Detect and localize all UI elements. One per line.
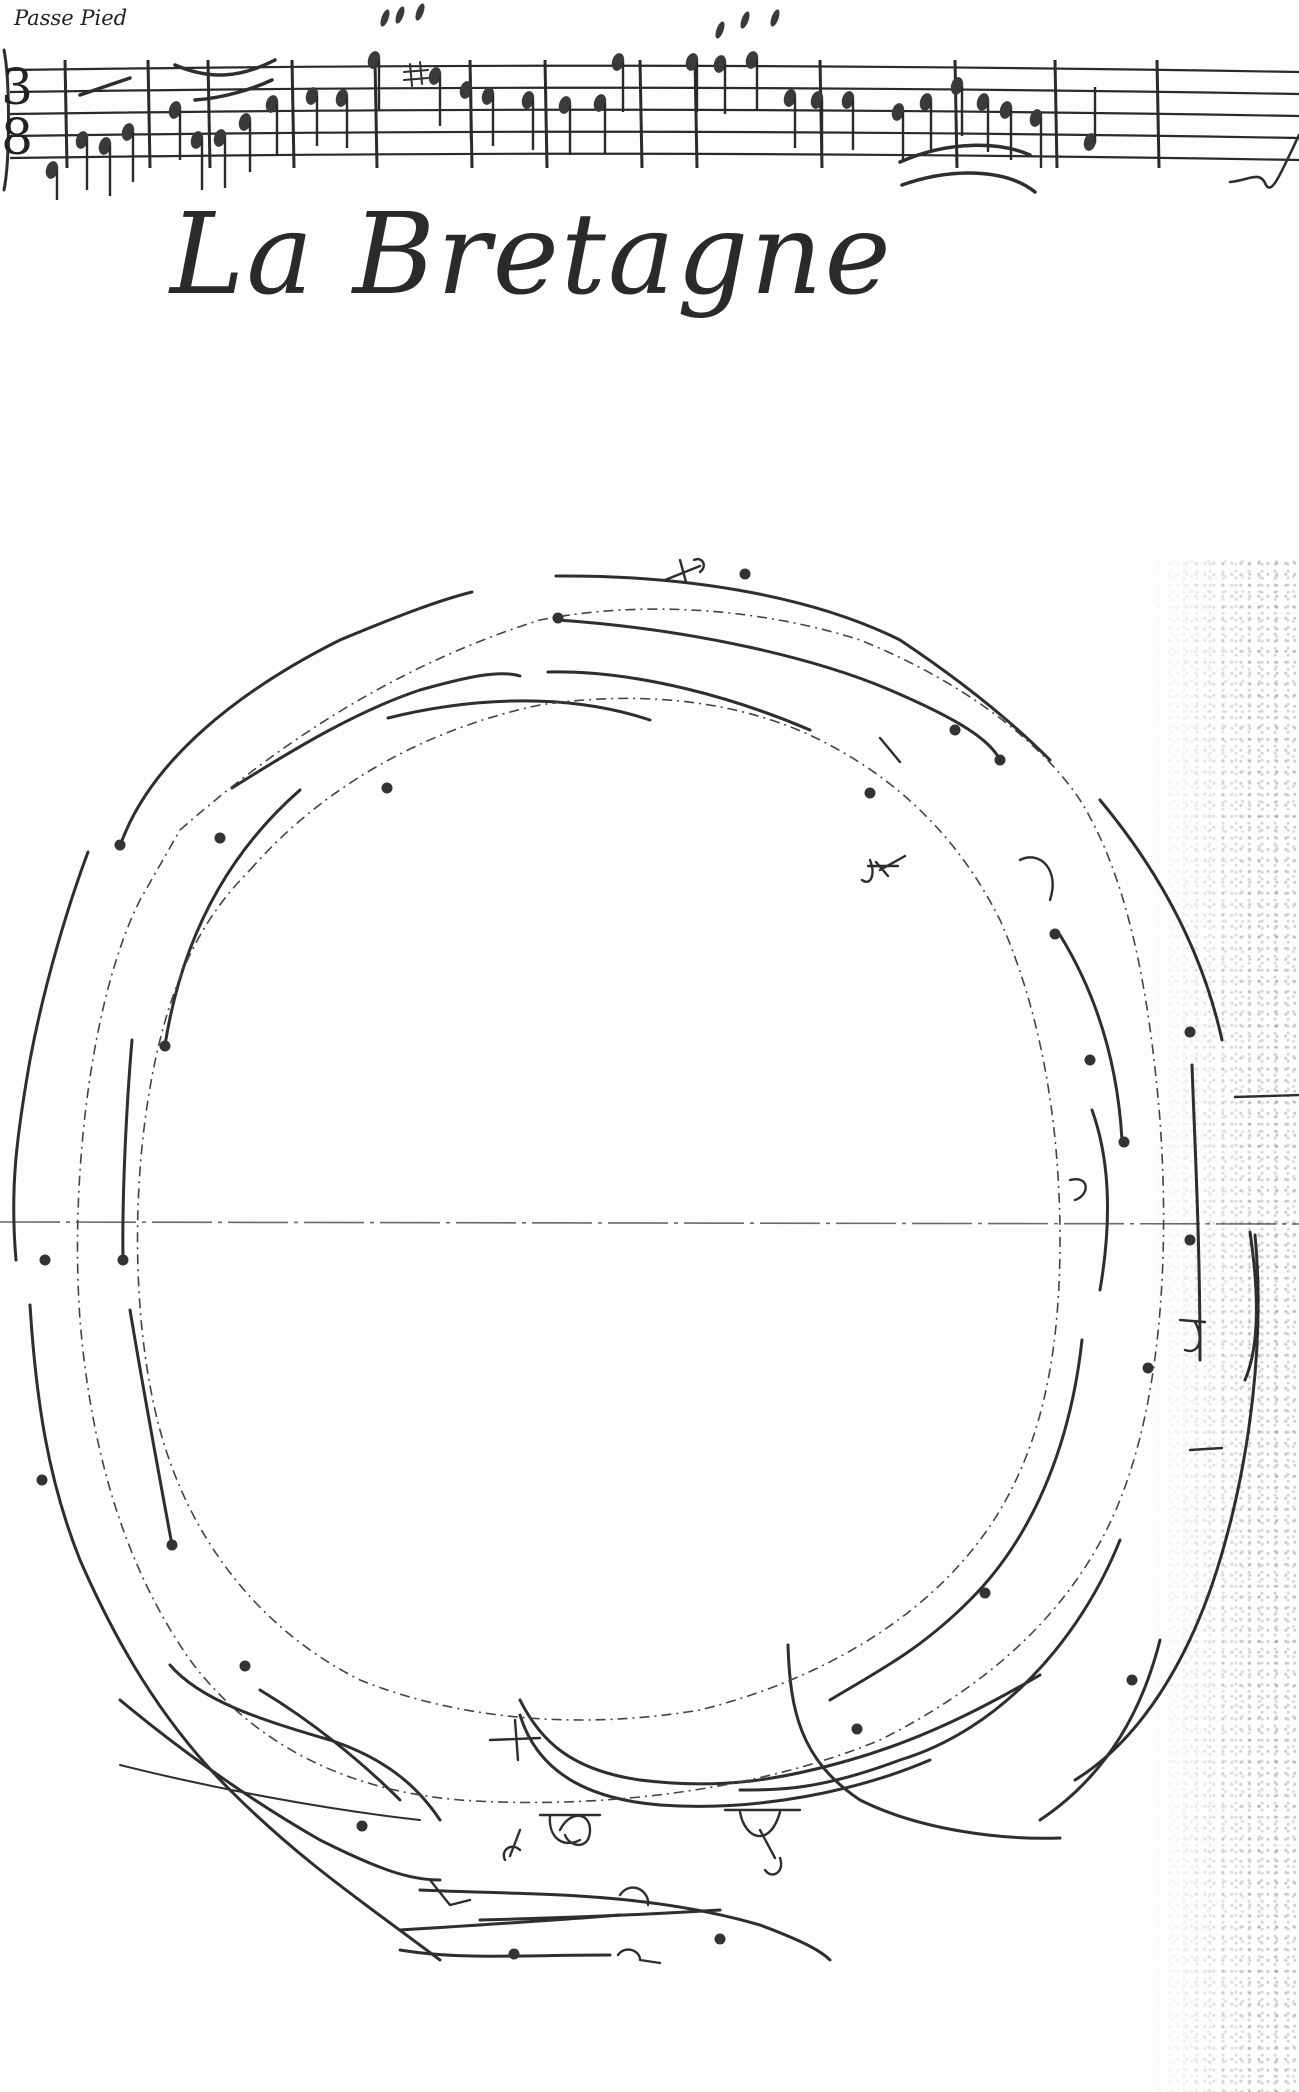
dance-guide-paths [78,609,1164,1802]
dance-path-bottom [120,1665,830,1960]
notation-page: Passe Pied 3 8 La Bretagne [0,0,1299,2092]
step-start-dots [37,569,1196,1960]
dance-path-outer [14,576,1258,1960]
page-fold-line [0,1222,1299,1224]
dance-path-inner [123,620,1256,1545]
dance-path-right [520,1340,1160,1838]
scan-noise [1149,560,1299,2092]
dance-floor-figure [0,0,1299,2092]
